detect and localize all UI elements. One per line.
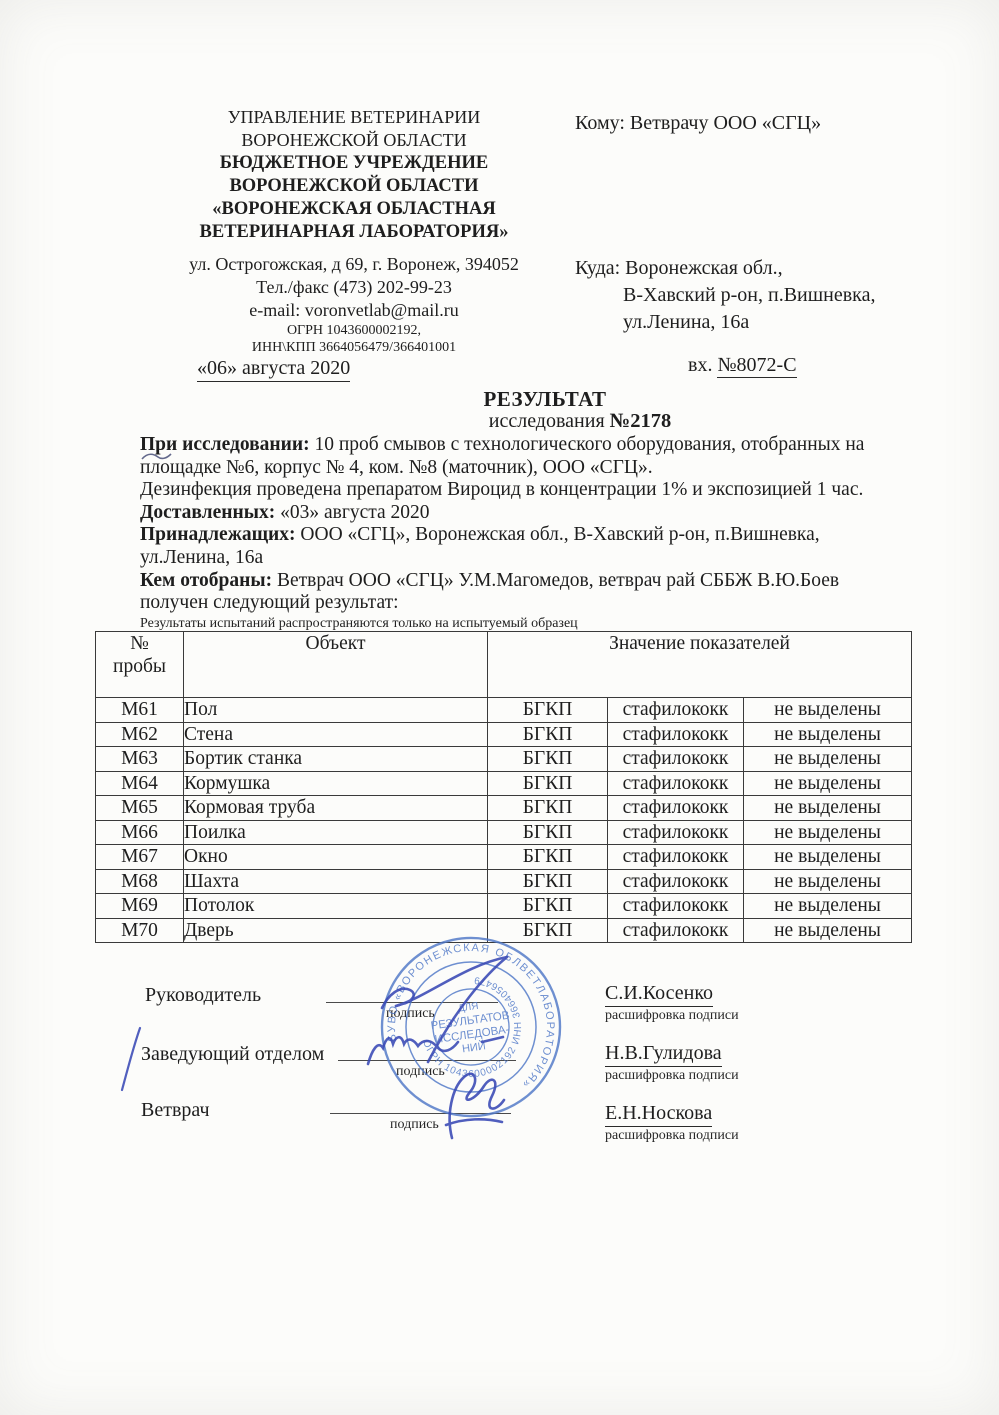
signature-name-caption-2: расшифровка подписи xyxy=(605,1068,739,1084)
results-table: № пробы Объект Значение показателей М61П… xyxy=(95,631,912,943)
table-row: М68ШахтаБГКПстафилококкне выделены xyxy=(96,869,912,894)
cell-sample-id: М70 xyxy=(96,918,184,943)
cell-sample-id: М65 xyxy=(96,796,184,821)
cell-sample-id: М64 xyxy=(96,771,184,796)
cell-object: Шахта xyxy=(184,869,488,894)
incoming-prefix: вх. xyxy=(688,354,717,376)
signature-position-3: Ветврач xyxy=(141,1099,210,1122)
recipient-address-line: ул.Ленина, 16а xyxy=(575,309,955,336)
cell-indicator-2: стафилококк xyxy=(608,918,744,943)
document-title: РЕЗУЛЬТАТ xyxy=(380,387,710,412)
ogrn-line: ОГРН 1043600002192, xyxy=(133,322,575,339)
cell-object: Бортик станка xyxy=(184,747,488,772)
recipient-address-line: Куда: Воронежская обл., xyxy=(575,255,955,282)
cell-indicator-1: БГКП xyxy=(488,918,608,943)
paragraph-label: Доставленных: xyxy=(140,502,275,523)
cell-indicator-2: стафилококк xyxy=(608,820,744,845)
cell-object: Стена xyxy=(184,722,488,747)
signature-name-2: Н.В.Гулидова xyxy=(605,1042,722,1067)
email-line: e-mail: voronvetlab@mail.ru xyxy=(133,299,575,322)
signature-caption-1: подпись xyxy=(386,1006,435,1022)
document-subtitle: исследования №2178 xyxy=(380,410,780,433)
table-row: М63Бортик станкаБГКПстафилококкне выделе… xyxy=(96,747,912,772)
incoming-number: вх. №8072-С xyxy=(688,354,797,377)
cell-indicator-2: стафилококк xyxy=(608,722,744,747)
cell-indicator-1: БГКП xyxy=(488,771,608,796)
cell-indicator-1: БГКП xyxy=(488,894,608,919)
cell-sample-id: М67 xyxy=(96,845,184,870)
cell-indicator-1: БГКП xyxy=(488,845,608,870)
signature-name-caption-1: расшифровка подписи xyxy=(605,1008,739,1024)
recipient-to: Кому: Ветврачу ООО «СГЦ» xyxy=(575,110,955,137)
table-row: М69ПотолокБГКПстафилококкне выделены xyxy=(96,894,912,919)
cell-object: Кормовая труба xyxy=(184,796,488,821)
cell-result: не выделены xyxy=(744,894,912,919)
signature-name-1: С.И.Косенко xyxy=(605,982,713,1007)
cell-indicator-2: стафилококк xyxy=(608,845,744,870)
recipient-address-line: В-Хавский р-он, п.Вишневка, xyxy=(575,282,955,309)
letterhead-dept-line: УПРАВЛЕНИЕ ВЕТЕРИНАРИИ xyxy=(133,106,575,129)
cell-result: не выделены xyxy=(744,845,912,870)
header-sample-number: № пробы xyxy=(96,632,184,698)
cell-indicator-1: БГКП xyxy=(488,869,608,894)
incoming-number-value: №8072-С xyxy=(717,354,796,378)
header-no-symbol: № xyxy=(96,632,183,655)
table-row: М66ПоилкаБГКПстафилококкне выделены xyxy=(96,820,912,845)
paragraph-owner: Принадлежащих: ООО «СГЦ», Воронежская об… xyxy=(140,524,908,569)
study-number: №2178 xyxy=(610,410,672,432)
signature-position-1: Руководитель xyxy=(145,984,261,1007)
cell-indicator-1: БГКП xyxy=(488,698,608,723)
paragraph-sampled-by: Кем отобраны: Ветврач ООО «СГЦ» У.М.Маго… xyxy=(140,570,908,615)
paragraph-label: При исследовании: xyxy=(140,434,310,455)
cell-object: Дверь xyxy=(184,918,488,943)
cell-indicator-2: стафилококк xyxy=(608,698,744,723)
document-date: «06» августа 2020 xyxy=(197,357,350,382)
table-row: М70ДверьБГКПстафилококкне выделены xyxy=(96,918,912,943)
cell-result: не выделены xyxy=(744,771,912,796)
cell-result: не выделены xyxy=(744,722,912,747)
cell-object: Пол xyxy=(184,698,488,723)
paragraph-text: «03» августа 2020 xyxy=(280,502,429,523)
signature-line-3 xyxy=(330,1113,511,1114)
cell-indicator-2: стафилококк xyxy=(608,796,744,821)
cell-object: Окно xyxy=(184,845,488,870)
cell-object: Потолок xyxy=(184,894,488,919)
cell-result: не выделены xyxy=(744,747,912,772)
paragraph-delivered: Доставленных: «03» августа 2020 xyxy=(140,502,908,525)
cell-indicator-1: БГКП xyxy=(488,796,608,821)
table-row: М67ОкноБГКПстафилококкне выделены xyxy=(96,845,912,870)
paragraph-study: При исследовании: 10 проб смывов с техно… xyxy=(140,434,908,479)
signature-line-1 xyxy=(326,1002,498,1003)
letterhead: УПРАВЛЕНИЕ ВЕТЕРИНАРИИ ВОРОНЕЖСКОЙ ОБЛАС… xyxy=(133,106,575,356)
letterhead-address: ул. Острогожская, д 69, г. Воронеж, 3940… xyxy=(133,253,575,356)
cell-indicator-2: стафилококк xyxy=(608,771,744,796)
cell-indicator-1: БГКП xyxy=(488,820,608,845)
cell-sample-id: М68 xyxy=(96,869,184,894)
cell-object: Поилка xyxy=(184,820,488,845)
subtitle-prefix: исследования xyxy=(489,410,610,432)
scanned-document-page: { "colors": {"ink":"#1e1e1e","stamp_blue… xyxy=(0,0,999,1415)
cell-object: Кормушка xyxy=(184,771,488,796)
paragraph-label: Кем отобраны: xyxy=(140,570,272,591)
signature-line-2 xyxy=(338,1060,516,1061)
cell-indicator-2: стафилококк xyxy=(608,869,744,894)
cell-indicator-1: БГКП xyxy=(488,722,608,747)
table-row: М64КормушкаБГКПстафилококкне выделены xyxy=(96,771,912,796)
body-text: При исследовании: 10 проб смывов с техно… xyxy=(140,434,908,615)
disclaimer-note: Результаты испытаний распространяются то… xyxy=(140,616,578,632)
table-row: М62СтенаБГКПстафилококкне выделены xyxy=(96,722,912,747)
phone-line: Тел./факс (473) 202-99-23 xyxy=(133,276,575,299)
cell-indicator-2: стафилококк xyxy=(608,894,744,919)
cell-result: не выделены xyxy=(744,698,912,723)
header-no-word: пробы xyxy=(96,655,183,678)
cell-sample-id: М69 xyxy=(96,894,184,919)
header-values: Значение показателей xyxy=(488,632,912,698)
address-line: ул. Острогожская, д 69, г. Воронеж, 3940… xyxy=(133,253,575,276)
header-object: Объект xyxy=(184,632,488,698)
cell-indicator-2: стафилококк xyxy=(608,747,744,772)
signature-name-caption-3: расшифровка подписи xyxy=(605,1128,739,1144)
letterhead-org-line: ВОРОНЕЖСКОЙ ОБЛАСТИ xyxy=(133,175,575,198)
signature-caption-2: подпись xyxy=(396,1064,445,1080)
signature-caption-3: подпись xyxy=(390,1117,439,1133)
letterhead-org-line: ВЕТЕРИНАРНАЯ ЛАБОРАТОРИЯ» xyxy=(133,221,575,244)
letterhead-dept-line: ВОРОНЕЖСКОЙ ОБЛАСТИ xyxy=(133,129,575,152)
cell-result: не выделены xyxy=(744,869,912,894)
table-row: М65Кормовая трубаБГКПстафилококкне выдел… xyxy=(96,796,912,821)
cell-indicator-1: БГКП xyxy=(488,747,608,772)
cell-sample-id: М62 xyxy=(96,722,184,747)
cell-result: не выделены xyxy=(744,796,912,821)
cell-sample-id: М66 xyxy=(96,820,184,845)
signature-position-2: Заведующий отделом xyxy=(141,1043,324,1066)
paragraph-disinfection: Дезинфекция проведена препаратом Вироцид… xyxy=(140,479,908,502)
inn-kpp-line: ИНН\КПП 3664056479/366401001 xyxy=(133,339,575,356)
cell-result: не выделены xyxy=(744,820,912,845)
signature-name-3: Е.Н.Носкова xyxy=(605,1102,712,1127)
table-header-row: № пробы Объект Значение показателей xyxy=(96,632,912,698)
cell-sample-id: М63 xyxy=(96,747,184,772)
table-row: М61ПолБГКПстафилококкне выделены xyxy=(96,698,912,723)
recipient-address: Куда: Воронежская обл., В-Хавский р-он, … xyxy=(575,255,955,336)
paragraph-label: Принадлежащих: xyxy=(140,524,296,545)
letterhead-org-line: «ВОРОНЕЖСКАЯ ОБЛАСТНАЯ xyxy=(133,198,575,221)
paragraph-text: Дезинфекция проведена препаратом Вироцид… xyxy=(140,479,863,500)
letterhead-org-line: БЮДЖЕТНОЕ УЧРЕЖДЕНИЕ xyxy=(133,152,575,175)
cell-result: не выделены xyxy=(744,918,912,943)
cell-sample-id: М61 xyxy=(96,698,184,723)
